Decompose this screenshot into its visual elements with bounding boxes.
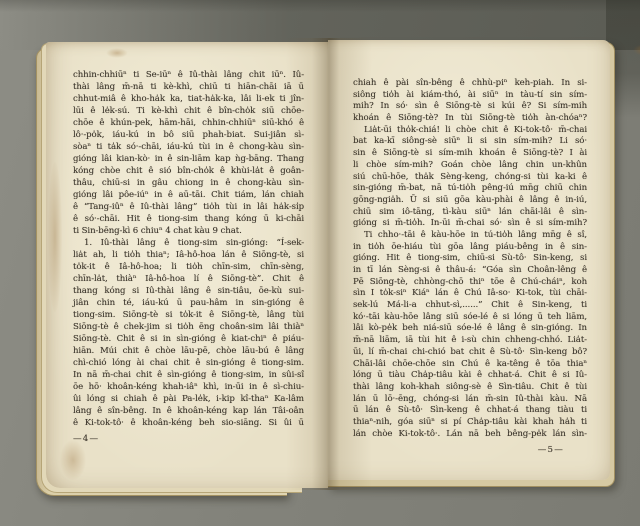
text-line: jiân chin té, iáu-kú ū pau-hâm in sin-gi…: [73, 297, 304, 309]
open-book: chhin-chhiūⁿ ti Se-iūⁿ ê Iû-thài lâng ch…: [36, 38, 612, 494]
text-line: thài lâng m̄-nā ti kè-khì, chiū ti hiān-…: [73, 81, 304, 93]
text-line: in tī lán Sèng-si ê thâu-á: “Góa sìn Cho…: [353, 265, 587, 277]
text-line: siông tio̍h ài kiám-thó, ài siūⁿ in tàu-…: [353, 90, 587, 102]
text-line: siú chū-hōe, tha̍k Sèng-keng, chóng-si t…: [353, 172, 587, 184]
text-line: tiong-sim. Siōng-tè si to̍k-it ê Siōng-t…: [73, 309, 304, 321]
text-line: ū lán ê Sù-tô· Sìn-keng ê chhat-á thang …: [353, 405, 587, 417]
text-line: ti Sin-bēng-kì 6 chiuⁿ 4 chat kàu 9 chat…: [73, 225, 304, 237]
left-page: chhin-chhiūⁿ ti Se-iūⁿ ê Iû-thài lâng ch…: [46, 42, 328, 488]
text-line: 1. Iû-thài lâng ê tiong-sim sin-gióng: “…: [73, 237, 304, 249]
text-line: Ti chho·-tāi ê kàu-hōe in tú-tio̍h lâng …: [353, 230, 587, 242]
text-line: sìn I to̍k-siⁿ Kiáⁿ lán ê Chú Iâ-so· Ki-…: [353, 288, 587, 300]
text-line: lâi kò-pe̍k beh niá-siū sóe-lé ê lâng ê …: [353, 323, 587, 335]
text-line: chiū sim iô-tāng, tì-kàu siūⁿ lán chāi-l…: [353, 207, 587, 219]
text-line: Lia̍t-ūi tho̍k-chiá! li chòe chit ê Ki-t…: [353, 125, 587, 137]
text-line: chīn-la̍t, thiàⁿ Iâ-hô-hoa lí ê Siōng-tè…: [73, 273, 304, 285]
text-line: Pē Siōng-tè, chhòng-chō thiⁿ tōe ê Chú-c…: [353, 277, 587, 289]
text-line: sin ê Siōng-tè si sím-mih khoán ê Siōng-…: [353, 148, 587, 160]
photo-background: { "scene": { "background_color": "#83837…: [0, 0, 640, 526]
text-line: gōng-ngia̍h. Ū si siū gōa kàu-phài ê lân…: [353, 195, 587, 207]
text-line: gióng lâi kian-kò· in ê sin-liām kap ǹg-…: [73, 153, 304, 165]
text-line: thang kóng si Iû-thài lâng ê sin-tiâu, ō…: [73, 285, 304, 297]
text-line: gióng. Hit ê tiong-sim, chiū-si Sù-tô· S…: [353, 253, 587, 265]
left-page-number: —4—: [73, 434, 99, 444]
text-line: kó·-tāi kàu-hōe lâng siū sóe-lé ê si lón…: [353, 312, 587, 324]
text-line: ûi lóng si chiah ê pài Pa-le̍k, i-kip kî…: [73, 393, 304, 405]
text-line: lô·-po̍k, iáu-kú in bô siū phah-biat. Su…: [73, 129, 304, 141]
text-line: chhin-chhiūⁿ ti Se-iūⁿ ê Iû-thài lâng ch…: [73, 69, 304, 81]
text-line: Siōng-tè ê chek-jim si tio̍h ēng choân-s…: [73, 321, 304, 333]
stain: [60, 440, 86, 480]
text-line: thâu, chiū-si in gâu chiong in ê chong-k…: [73, 177, 304, 189]
text-line: chiah ê pài sîn-bêng ê chhù-piⁿ keh-piah…: [353, 78, 587, 90]
text-line: ê “Tang-iûⁿ ê Iû-thài lâng” tio̍h tùi in…: [73, 201, 304, 213]
text-line: lia̍t ah, li tio̍h thiaⁿ; Iâ-hô-hoa lán …: [73, 249, 304, 261]
text-line: Siōng-tè. Chit ê si in sìn-gióng ê kiat-…: [73, 333, 304, 345]
text-line: in tio̍h ōe-hiáu tùi gōa lâng piáu-bêng …: [353, 242, 587, 254]
background-shadow-band: [0, 0, 640, 12]
text-line: m̄-nā liām, iā tùi hit ê i-sù chin chhen…: [353, 335, 587, 347]
text-line: ūi, lí m̄-chai chi-chió bat chit ê Sù-tô…: [353, 347, 587, 359]
text-line: ê Ki-tok-tô· ê khoân-kéng beh sio-siāng.…: [73, 417, 304, 429]
text-line: thài lâng koh-khah siông-sè ê Sìn-tiâu. …: [353, 382, 587, 394]
text-line: sek-lú Má-li-a chhut-sì,......” Chit ê S…: [353, 300, 587, 312]
text-line: chhut-miâ ê kho-ha̍k ka, tiat-ha̍k-ka, l…: [73, 93, 304, 105]
text-line: khoán ê Siōng-tè? In tùi Siōng-tè tio̍h …: [353, 113, 587, 125]
text-line: ê só·-chāi. Hit ê tiong-sim thang kóng ū…: [73, 213, 304, 225]
right-page-number: —5—: [538, 445, 564, 455]
text-line: kóng chòe chit ê sió bîn-cho̍k ê khùi-la…: [73, 165, 304, 177]
text-line: Chāi-lâi chōe-chōe sin Chú ê ka-têng ê t…: [353, 359, 587, 371]
right-page-text: chiah ê pài sîn-bêng ê chhù-piⁿ keh-piah…: [328, 40, 610, 440]
text-line: lán ū lō·-ēng, chóng-si lán m̄-sin Iû-th…: [353, 394, 587, 406]
right-page: chiah ê pài sîn-bêng ê chhù-piⁿ keh-piah…: [328, 40, 610, 480]
text-line: thiaⁿ-nih, góa siūⁿ si pí Cha̍p-tiâu kài…: [353, 417, 587, 429]
text-line: gióng lâi pôe-iúⁿ in ê aū-tāi. Chit tiám…: [73, 189, 304, 201]
text-line: In nā m̄-chai chit ê sìn-gióng ê tiong-s…: [73, 369, 304, 381]
text-line: ōe hō· khoân-kéng khah-iâⁿ khì, in-ūi in…: [73, 381, 304, 393]
text-line: lâng ê sîn-bêng. In ê khoân-kéng kap lán…: [73, 405, 304, 417]
text-line: bat ka-kī siông-sè siūⁿ li si sin sím-mi…: [353, 136, 587, 148]
text-line: hiān. Múi chit ê chòe lāu-pē, chòe lāu-b…: [73, 345, 304, 357]
text-line: mih? In só· sìn ê Siōng-tè si kúi ê? Si …: [353, 101, 587, 113]
text-line: to̍k-it ê Iâ-hô-hoa; li tio̍h chīn-sim, …: [73, 261, 304, 273]
text-line: lán chòe Ki-tok-tô·. Lán nā beh bêng-pe̍…: [353, 429, 587, 441]
text-line: sòaⁿ ti ta̍k só·-chāi, iáu-kú tùi in ê c…: [73, 141, 304, 153]
text-line: sin-gióng m̄-bat, nā tú-tio̍h pêng-iú mn…: [353, 183, 587, 195]
text-line: lūi ê le̍k-sú. Ti kè-khì chit ê bîn-cho̍…: [73, 105, 304, 117]
text-line: chì-chió lóng ài chai chit ê sin-gióng ê…: [73, 357, 304, 369]
text-line: gióng si m̄-tio̍h. In-ūi m̄-chai só· sìn…: [353, 218, 587, 230]
text-line: lóng ū tiàu Cha̍p-tiâu kài ê chhat-á. Ch…: [353, 370, 587, 382]
text-line: chōe ê khún-pek, hām-hāi, chhin-chhiūⁿ s…: [73, 117, 304, 129]
text-line: li chòe sím-mih? Goán chòe lâng chin un-…: [353, 160, 587, 172]
left-page-text: chhin-chhiūⁿ ti Se-iūⁿ ê Iû-thài lâng ch…: [46, 42, 328, 429]
